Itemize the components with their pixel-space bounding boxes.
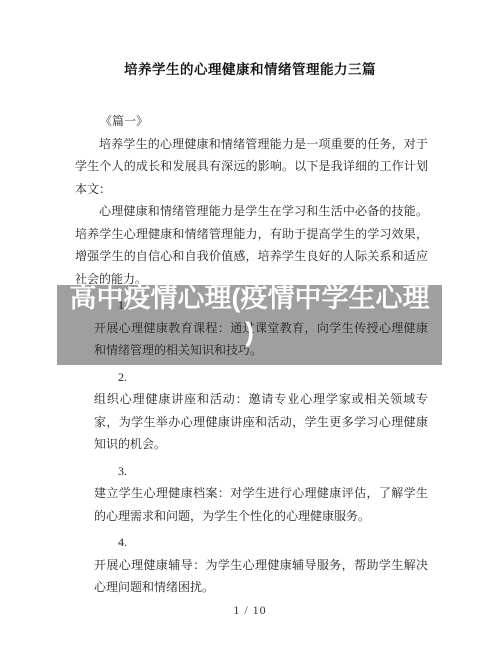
section-label: 《篇一》 [75, 110, 428, 133]
list-number: 3. [94, 460, 428, 483]
list-item: 3. 建立学生心理健康档案：对学生进行心理健康评估，了解学生的心理需求和问题，为… [94, 460, 428, 528]
list-text: 开展心理健康辅导：为学生心理健康辅导服务，帮助学生解决心理问题和情绪困扰。 [94, 554, 428, 599]
list-text: 组织心理健康讲座和活动：邀请专业心理学家或相关领域专家，为学生举办心理健康讲座和… [94, 388, 428, 456]
overlay-banner-title: 高中疫情心理(疫情中学生心理 ) [57, 280, 442, 347]
paragraph: 培养学生的心理健康和情绪管理能力是一项重要的任务，对于学生个人的成长和发展具有深… [75, 133, 428, 201]
document-body: 《篇一》 培养学生的心理健康和情绪管理能力是一项重要的任务，对于学生个人的成长和… [75, 110, 428, 599]
page-number: 1 / 10 [0, 603, 500, 618]
overlay-banner-title-line2: ) [57, 317, 442, 347]
paragraph: 心理健康和情绪管理能力是学生在学习和生活中必备的技能。培养学生心理健康和情绪管理… [75, 200, 428, 290]
overlay-banner-title-line1: 高中疫情心理(疫情中学生心理 [57, 280, 442, 317]
list-item: 2. 组织心理健康讲座和活动：邀请专业心理学家或相关领域专家，为学生举办心理健康… [94, 366, 428, 456]
list-number: 4. [94, 531, 428, 554]
list-item: 4. 开展心理健康辅导：为学生心理健康辅导服务，帮助学生解决心理问题和情绪困扰。 [94, 531, 428, 599]
list-text: 建立学生心理健康档案：对学生进行心理健康评估，了解学生的心理需求和问题，为学生个… [94, 482, 428, 527]
document-page: 培养学生的心理健康和情绪管理能力三篇 《篇一》 培养学生的心理健康和情绪管理能力… [0, 0, 500, 647]
document-title: 培养学生的心理健康和情绪管理能力三篇 [0, 0, 500, 82]
list-number: 2. [94, 366, 428, 389]
